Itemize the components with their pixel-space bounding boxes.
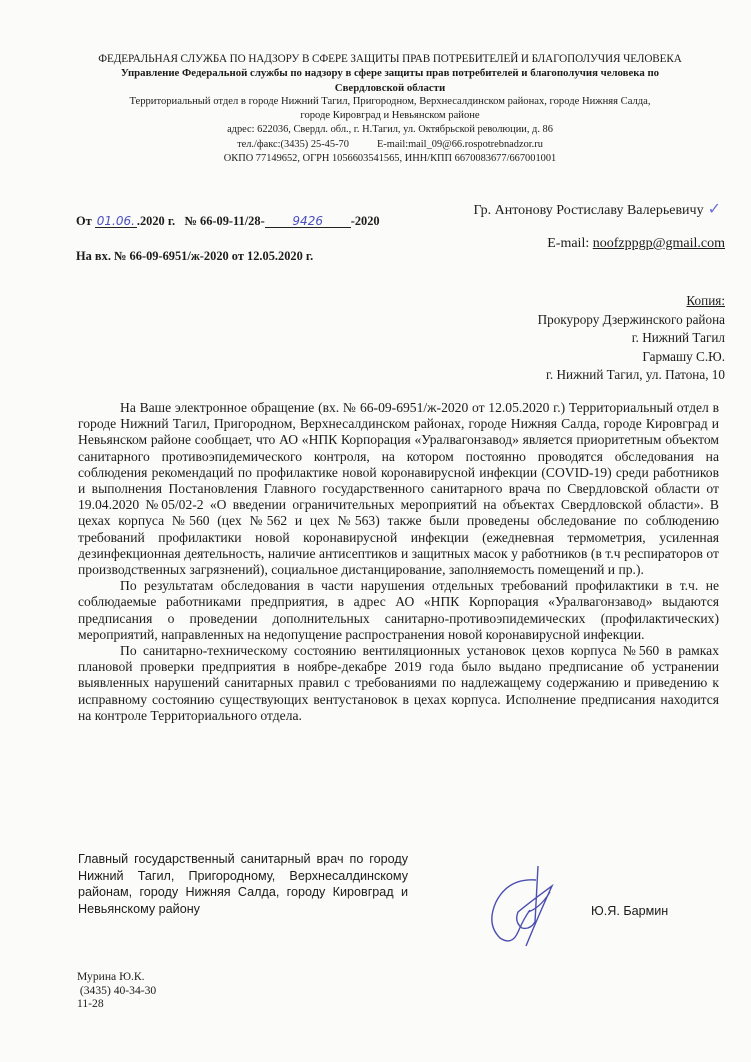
copy-line: г. Нижний Тагил, ул. Патона, 10 (538, 366, 725, 385)
office-phone: тел./факс:(3435) 25-45-70 (237, 139, 349, 150)
body-paragraph: По результатам обследования в части нару… (78, 578, 719, 643)
body-paragraph: По санитарно-техническому состоянию вент… (78, 643, 719, 724)
addressee: Гр. Антонову Ростиславу Валерьевичу✓ (473, 200, 721, 220)
office-codes: ОКПО 77149652, ОГРН 1056603541565, ИНН/К… (60, 152, 720, 166)
copy-line: г. Нижний Тагил (538, 329, 725, 348)
letter-body: На Ваше электронное обращение (вх. № 66-… (78, 400, 719, 724)
office-email: E-mail:mail_09@66.rospotrebnadzor.ru (377, 139, 543, 150)
year-text: .2020 г. (137, 214, 175, 228)
handwritten-signature-icon (478, 862, 578, 952)
number-suffix: -2020 (351, 214, 380, 228)
executor-info: Мурина Ю.К. (3435) 40-34-30 11-28 (77, 970, 156, 1011)
agency-name: ФЕДЕРАЛЬНАЯ СЛУЖБА ПО НАДЗОРУ В СФЕРЕ ЗА… (60, 52, 720, 66)
handwritten-date: 01.06. (95, 215, 137, 228)
copy-line: Гармашу С.Ю. (538, 348, 725, 367)
signer-name: Ю.Я. Бармин (591, 904, 668, 918)
copy-line: Прокурору Дзержинского района (538, 311, 725, 330)
copy-recipient: Копия: Прокурору Дзержинского района г. … (538, 292, 725, 385)
office-contacts: тел./факс:(3435) 25-45-70E-mail:mail_09@… (60, 138, 720, 152)
department-name-line2: Свердловской области (60, 81, 720, 95)
signer-position: Главный государственный санитарный врач … (78, 851, 408, 917)
executor-code: 11-28 (77, 997, 156, 1011)
copy-label: Копия: (538, 292, 725, 311)
office-address: адрес: 622036, Свердл. обл., г. Н.Тагил,… (60, 123, 720, 137)
letterhead: ФЕДЕРАЛЬНАЯ СЛУЖБА ПО НАДЗОРУ В СФЕРЕ ЗА… (60, 52, 720, 166)
incoming-reference: На вх. № 66-09-6951/ж-2020 от 12.05.2020… (76, 249, 313, 264)
addressee-name: Гр. Антонову Ростиславу Валерьевичу (473, 203, 703, 218)
from-label: От (76, 214, 92, 228)
registration-line: От 01.06..2020 г. № 66-09-11/28-9426-202… (76, 214, 380, 229)
email-link[interactable]: noofzppgp@gmail.com (593, 236, 725, 251)
department-name-line1: Управление Федеральной службы по надзору… (60, 66, 720, 80)
executor-phone: (3435) 40-34-30 (77, 984, 156, 998)
addressee-email: E-mail: noofzppgp@gmail.com (547, 236, 725, 252)
checkmark-icon: ✓ (708, 199, 721, 218)
executor-name: Мурина Ю.К. (77, 970, 156, 984)
handwritten-number: 9426 (265, 215, 351, 228)
body-paragraph: На Ваше электронное обращение (вх. № 66-… (78, 400, 719, 578)
number-prefix: № 66-09-11/28- (184, 214, 264, 228)
letter-page: ФЕДЕРАЛЬНАЯ СЛУЖБА ПО НАДЗОРУ В СФЕРЕ ЗА… (0, 0, 751, 1062)
office-name-line1: Территориальный отдел в городе Нижний Та… (60, 95, 720, 109)
office-name-line2: городе Кировград и Невьянском районе (60, 109, 720, 123)
email-label: E-mail: (547, 236, 593, 251)
